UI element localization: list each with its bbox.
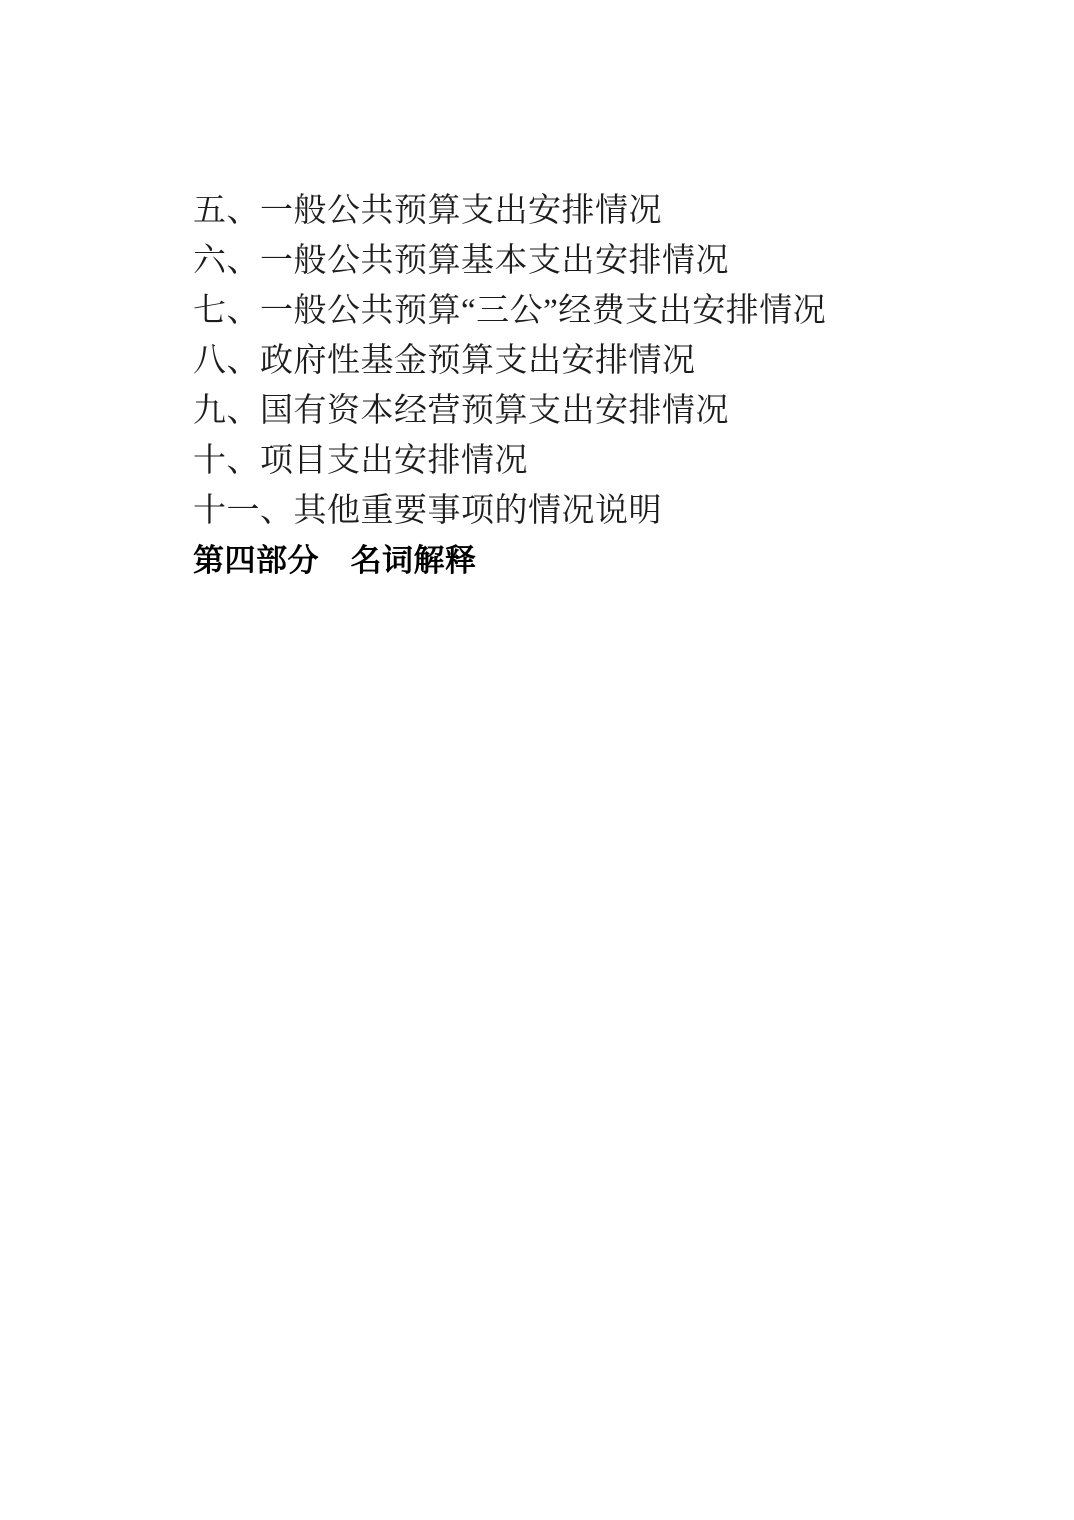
toc-item: 六、一般公共预算基本支出安排情况 [193,236,826,286]
toc-item: 八、政府性基金预算支出安排情况 [193,336,826,386]
toc-item: 九、国有资本经营预算支出安排情况 [193,386,826,436]
toc-item: 五、一般公共预算支出安排情况 [193,186,826,236]
document-page: 五、一般公共预算支出安排情况 六、一般公共预算基本支出安排情况 七、一般公共预算… [0,0,1074,1520]
toc-item: 十、项目支出安排情况 [193,436,826,486]
section-heading: 第四部分 名词解释 [193,536,826,586]
table-of-contents: 五、一般公共预算支出安排情况 六、一般公共预算基本支出安排情况 七、一般公共预算… [193,186,826,586]
toc-item: 十一、其他重要事项的情况说明 [193,486,826,536]
toc-item: 七、一般公共预算“三公”经费支出安排情况 [193,286,826,336]
